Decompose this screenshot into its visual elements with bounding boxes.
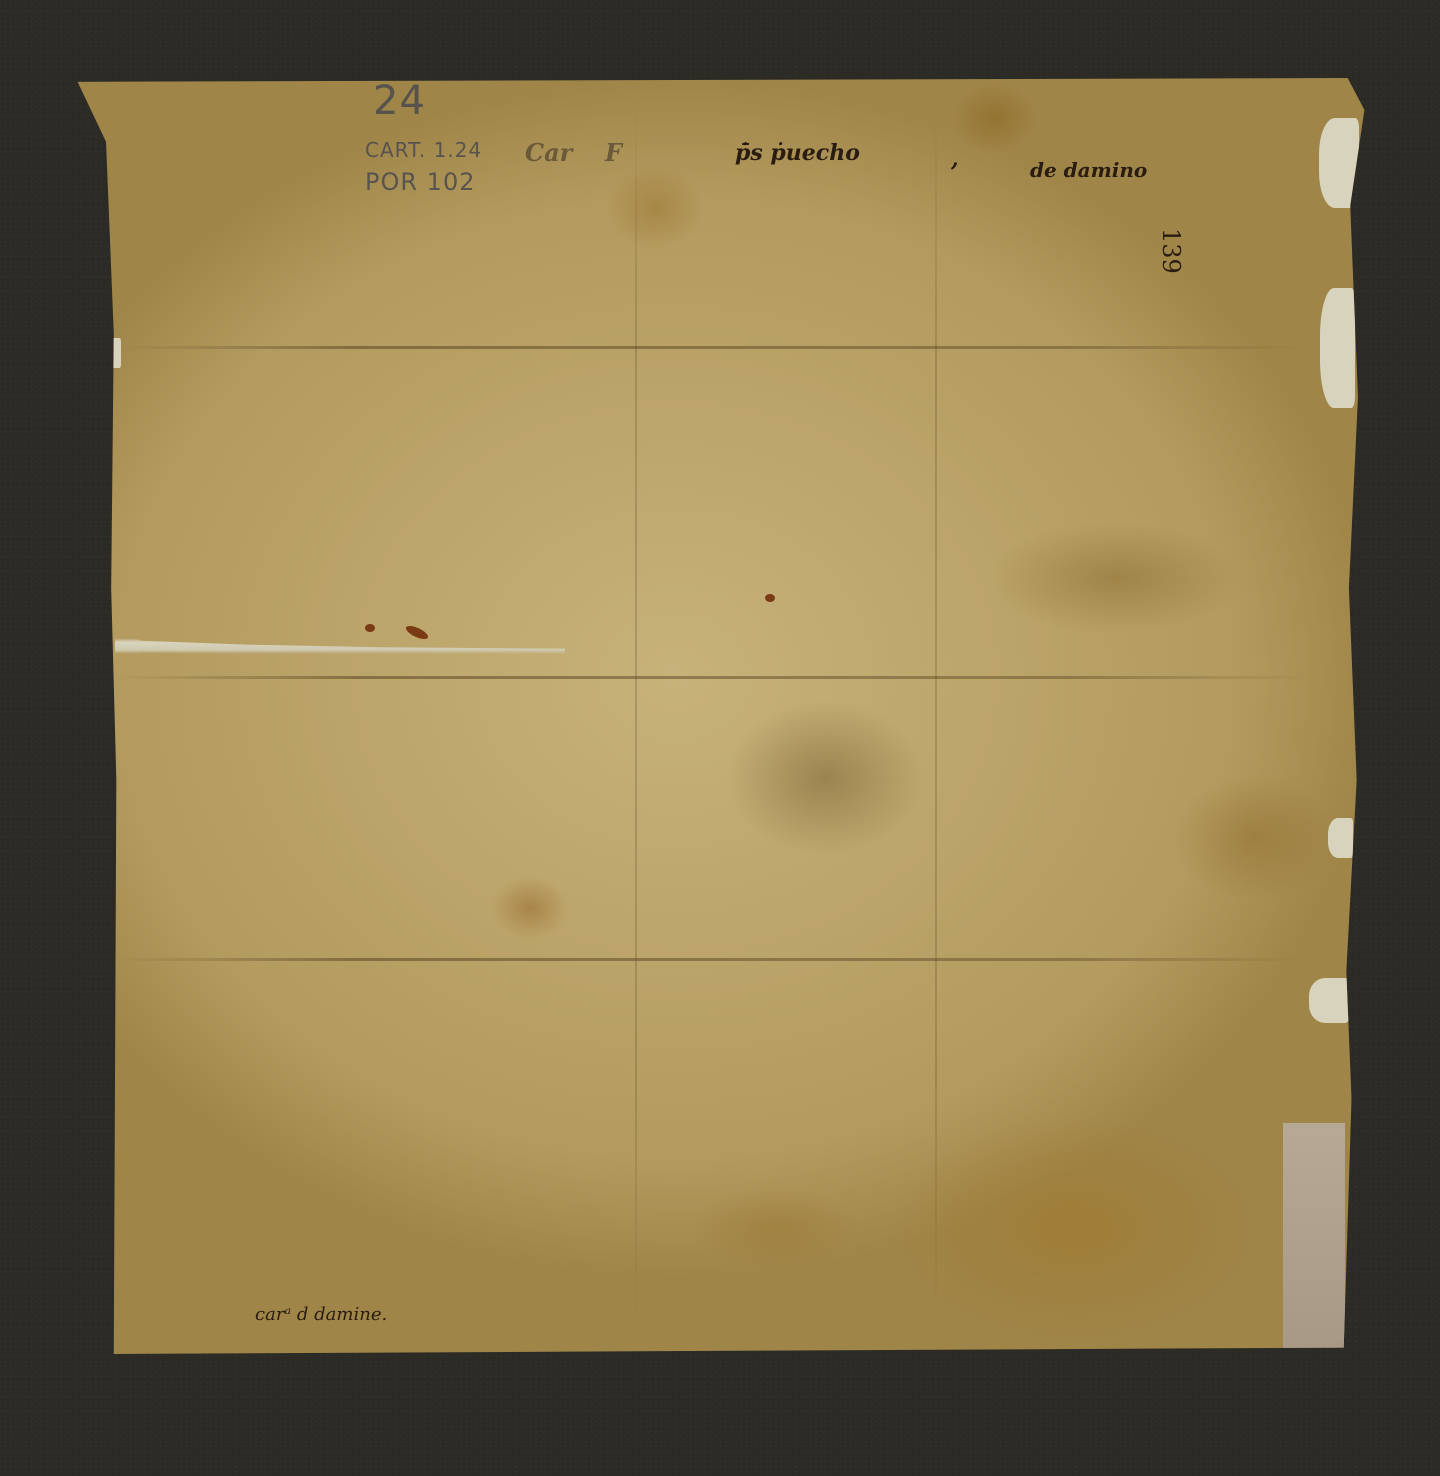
edge-damage xyxy=(1309,978,1349,1023)
endorsement-de-damino: de damino xyxy=(1030,158,1147,182)
pencil-cart-ref: CART. 1.24 xyxy=(365,138,482,162)
endorsement-text: ṗ̄s ṗuecho xyxy=(735,140,860,166)
vertical-fold-line xyxy=(635,98,637,1334)
vertical-fold-line xyxy=(935,98,937,1334)
endorsement-car: Car xyxy=(525,138,572,167)
horizontal-fold-line xyxy=(115,676,1307,679)
margin-number: 139 xyxy=(1157,228,1185,274)
horizontal-fold-line xyxy=(115,958,1307,961)
parchment-sheet: 24 CART. 1.24 POR 102 Car F ṗ̄s ṗuecho ,… xyxy=(75,78,1367,1354)
pencil-por-ref: POR 102 xyxy=(365,168,475,196)
bottom-endorsement: carᵃ d damine. xyxy=(255,1304,387,1325)
edge-damage xyxy=(1320,288,1355,408)
edge-damage xyxy=(1328,818,1353,858)
ink-spot xyxy=(765,594,775,602)
endorsement-comma: , xyxy=(951,146,959,172)
repair-patch xyxy=(1283,1123,1345,1348)
ink-spot xyxy=(365,624,375,632)
pencil-number: 24 xyxy=(373,78,426,124)
endorsement-f: F xyxy=(605,138,622,167)
ink-spot xyxy=(404,623,430,641)
horizontal-fold-line xyxy=(115,346,1307,349)
parchment-tear xyxy=(115,633,565,659)
